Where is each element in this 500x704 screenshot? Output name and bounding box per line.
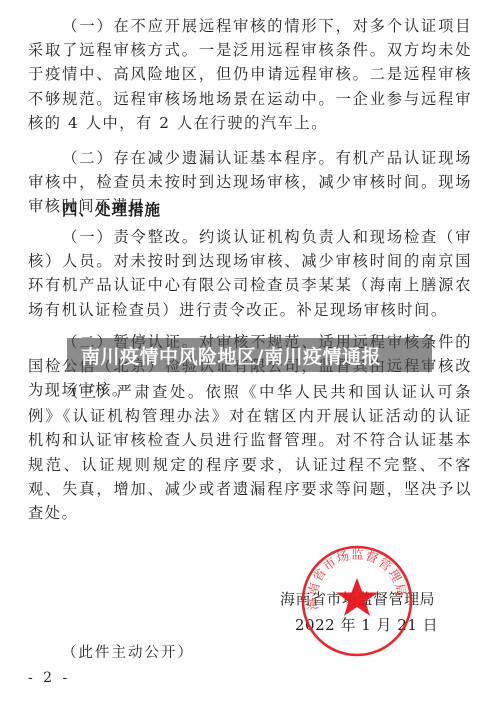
document-page: （一）在不应开展远程审核的情形下，对多个认证项目采取了远程审核方式。一是泛用远程… xyxy=(0,0,500,704)
section-heading: 四、处理措施 xyxy=(62,198,161,220)
signature-organization: 海南省市场监督管理局 xyxy=(280,588,435,609)
signature-date: 2022 年 1 月 21 日 xyxy=(295,614,438,635)
paragraph-investigation: （三）严肃查处。依照《中华人民共和国认证认可条例》《认证机构管理办法》对在辖区内… xyxy=(28,380,472,525)
title-banner-overlay: 南川疫情中风险地区/南川疫情通报 xyxy=(67,338,432,372)
banner-title: 南川疫情中风险地区/南川疫情通报 xyxy=(67,342,381,369)
page-number: - 2 - xyxy=(28,670,70,686)
public-notice: （此件主动公开） xyxy=(62,641,194,662)
paragraph-rectification: （一）责令整改。约谈认证机构负责人和现场检查（审核）人员。对未按时到达现场审核、… xyxy=(28,225,472,322)
paragraph-remote-audit: （一）在不应开展远程审核的情形下，对多个认证项目采取了远程审核方式。一是泛用远程… xyxy=(28,14,472,135)
